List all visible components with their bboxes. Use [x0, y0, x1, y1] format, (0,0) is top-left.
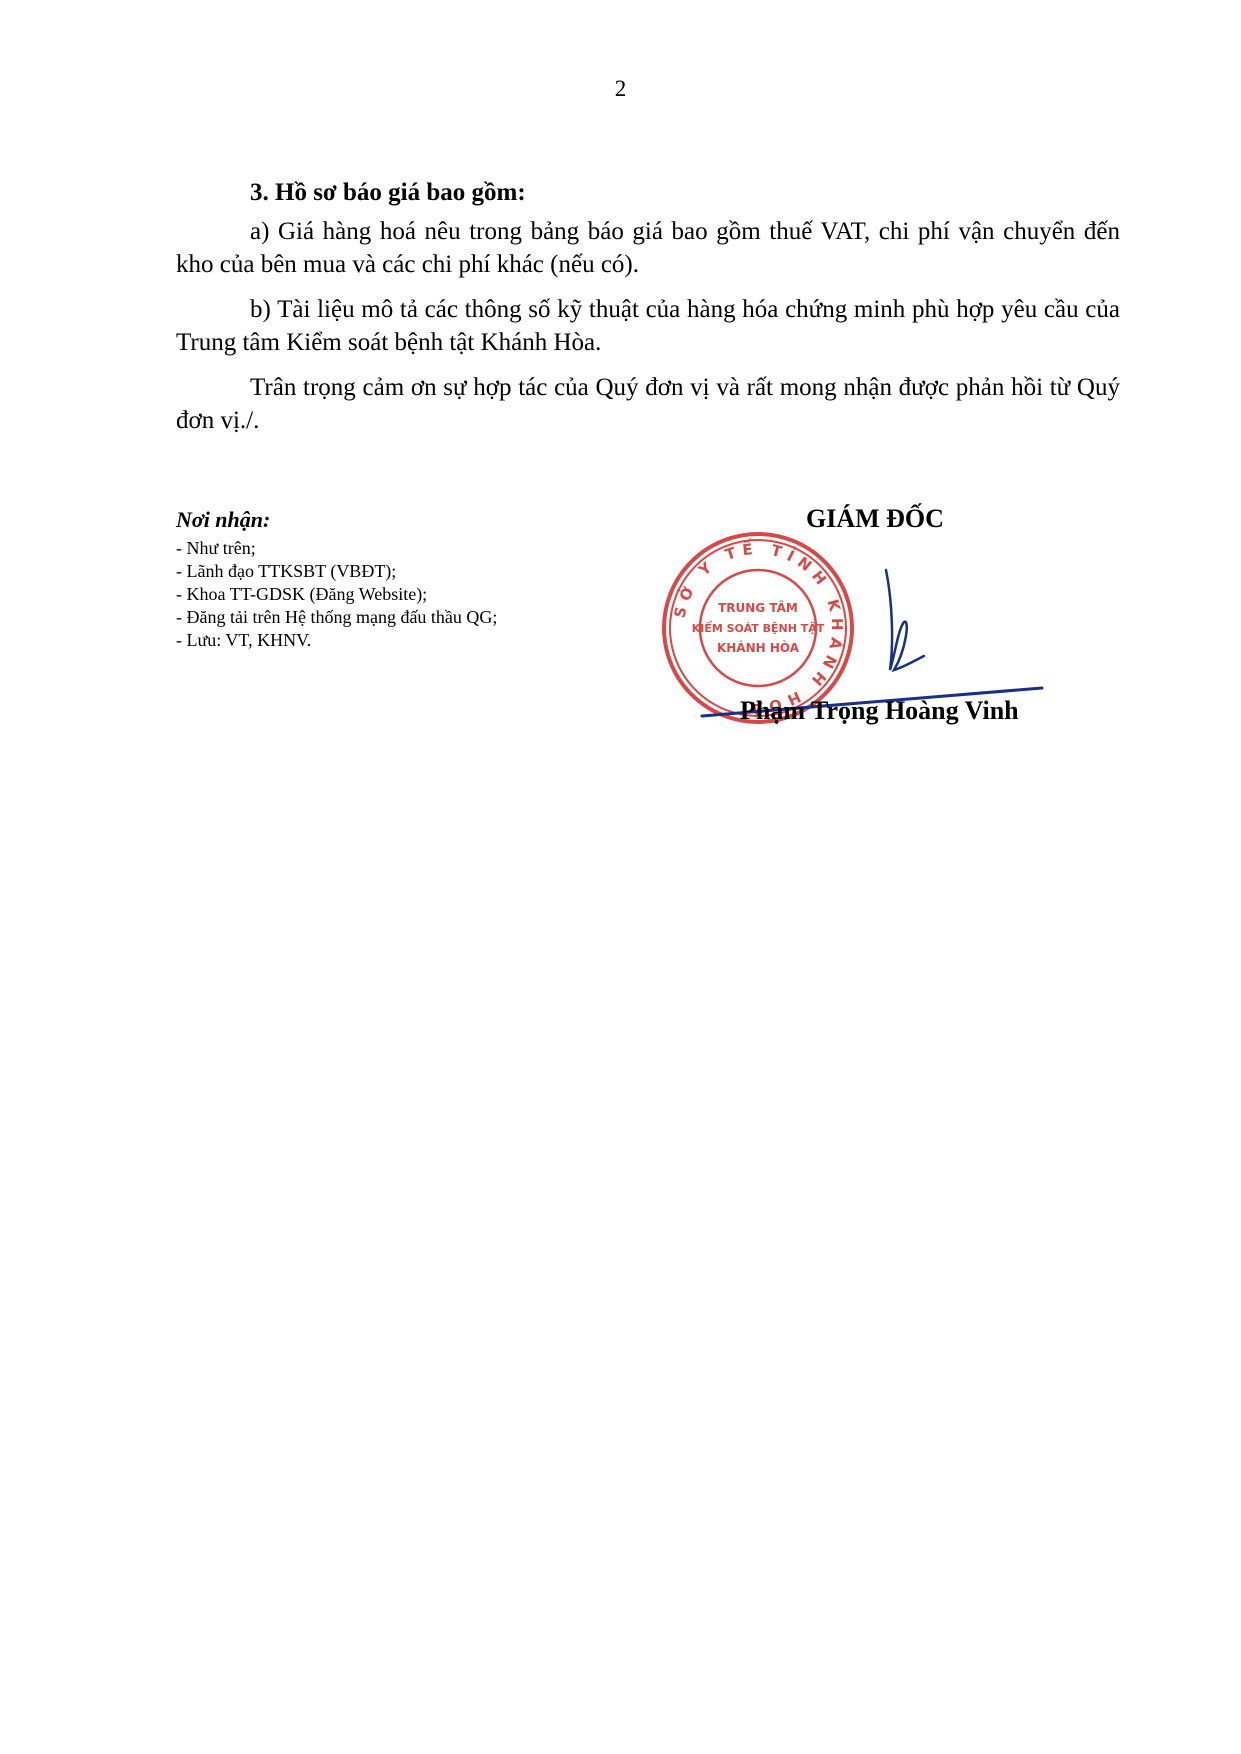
paragraph-a: a) Giá hàng hoá nêu trong bảng báo giá b… [176, 215, 1120, 281]
recipient-item: - Khoa TT-GDSK (Đăng Website); [176, 583, 497, 606]
document-body: 3. Hồ sơ báo giá bao gồm: a) Giá hàng ho… [176, 176, 1120, 449]
section-heading: 3. Hồ sơ báo giá bao gồm: [176, 176, 1120, 209]
recipient-item: - Như trên; [176, 537, 497, 560]
signature-block: SỞ Y TẾ TỈNH KHÁNH HÒA TRUNG TÂM KIỂM SO… [680, 500, 1080, 740]
closing-paragraph: Trân trọng cảm ơn sự hợp tác của Quý đơn… [176, 371, 1120, 437]
recipient-item: - Đăng tải trên Hệ thống mạng đấu thầu Q… [176, 606, 497, 629]
paragraph-b: b) Tài liệu mô tả các thông số kỹ thuật … [176, 293, 1120, 359]
page-number: 2 [0, 76, 1241, 102]
recipients-title: Nơi nhận: [176, 508, 497, 531]
recipient-item: - Lưu: VT, KHNV. [176, 629, 497, 652]
recipients-block: Nơi nhận: - Như trên; - Lãnh đạo TTKSBT … [176, 508, 497, 652]
recipient-item: - Lãnh đạo TTKSBT (VBĐT); [176, 560, 497, 583]
signer-name: Phạm Trọng Hoàng Vinh [740, 696, 1019, 726]
